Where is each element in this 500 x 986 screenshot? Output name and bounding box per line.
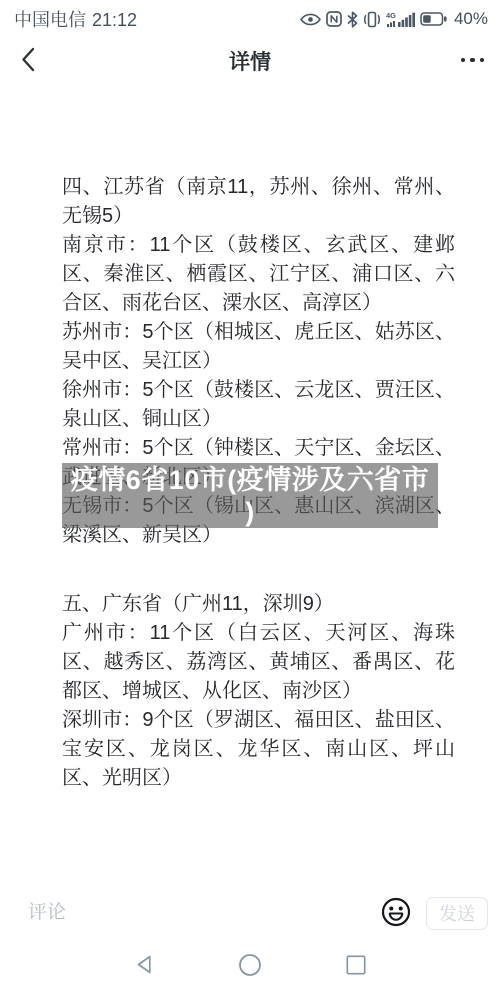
carrier-label: 中国电信 <box>14 6 86 32</box>
watermark-line-1: 疫情6省10市(疫情涉及六省市 <box>62 464 438 496</box>
nav-back-button[interactable] <box>132 954 156 978</box>
square-recents-icon <box>345 954 367 979</box>
signal-strength-icon: 4G <box>386 11 415 28</box>
vibrate-icon <box>363 11 381 28</box>
more-dots-icon <box>461 58 485 63</box>
svg-text:4G: 4G <box>386 11 396 20</box>
watermark-title-overlay: 疫情6省10市(疫情涉及六省市 ) <box>62 463 438 528</box>
bluetooth-icon <box>347 11 358 28</box>
eye-icon <box>300 13 321 26</box>
nav-recents-button[interactable] <box>344 954 368 978</box>
comment-input[interactable] <box>26 901 380 925</box>
back-chevron-icon <box>21 47 35 75</box>
watermark-line-2: ) <box>62 496 438 528</box>
nav-bar: 详情 <box>0 34 500 88</box>
nfc-icon <box>326 11 342 27</box>
battery-icon <box>420 12 447 26</box>
nav-home-button[interactable] <box>238 954 262 978</box>
triangle-back-icon <box>133 953 156 979</box>
battery-percent-label: 40% <box>454 9 488 29</box>
back-button[interactable] <box>14 47 42 75</box>
page-title: 详情 <box>80 46 420 76</box>
status-bar: 中国电信 21:12 <box>0 0 500 34</box>
emoji-smiley-icon <box>381 897 411 930</box>
section-heading: 五、广东省（广州11，深圳9） <box>62 590 455 619</box>
carrier-and-time: 中国电信 21:12 <box>14 6 137 32</box>
city-districts-xuzhou: 徐州市：5个区（鼓楼区、云龙区、贾汪区、泉山区、铜山区） <box>62 376 455 434</box>
article-body: 四、江苏省（南京11，苏州、徐州、常州、无锡5） 南京市：11个区（鼓楼区、玄武… <box>0 88 500 793</box>
status-icons: 4G 40% <box>300 9 488 29</box>
section-guangdong: 五、广东省（广州11，深圳9） 广州市：11个区（白云区、天河区、海珠区、越秀区… <box>62 590 455 793</box>
more-options-button[interactable] <box>461 46 485 74</box>
city-districts-suzhou: 苏州市：5个区（相城区、虎丘区、姑苏区、吴中区、吴江区） <box>62 318 455 376</box>
comment-bar: 发送 <box>0 888 500 938</box>
circle-home-icon <box>238 953 262 980</box>
section-heading: 四、江苏省（南京11，苏州、徐州、常州、无锡5） <box>62 173 455 231</box>
emoji-button[interactable] <box>380 897 412 929</box>
city-districts-nanjing: 南京市：11个区（鼓楼区、玄武区、建邺区、秦淮区、栖霞区、江宁区、浦口区、六合区… <box>62 231 455 318</box>
city-districts-guangzhou: 广州市：11个区（白云区、天河区、海珠区、越秀区、荔湾区、黄埔区、番禺区、花都区… <box>62 619 455 706</box>
clock-label: 21:12 <box>92 10 137 31</box>
android-nav-bar <box>0 946 500 986</box>
city-districts-shenzhen: 深圳市：9个区（罗湖区、福田区、盐田区、宝安区、龙岗区、龙华区、南山区、坪山区、… <box>62 706 455 793</box>
phone-screen: 中国电信 21:12 <box>0 0 500 986</box>
send-button[interactable]: 发送 <box>426 897 488 930</box>
